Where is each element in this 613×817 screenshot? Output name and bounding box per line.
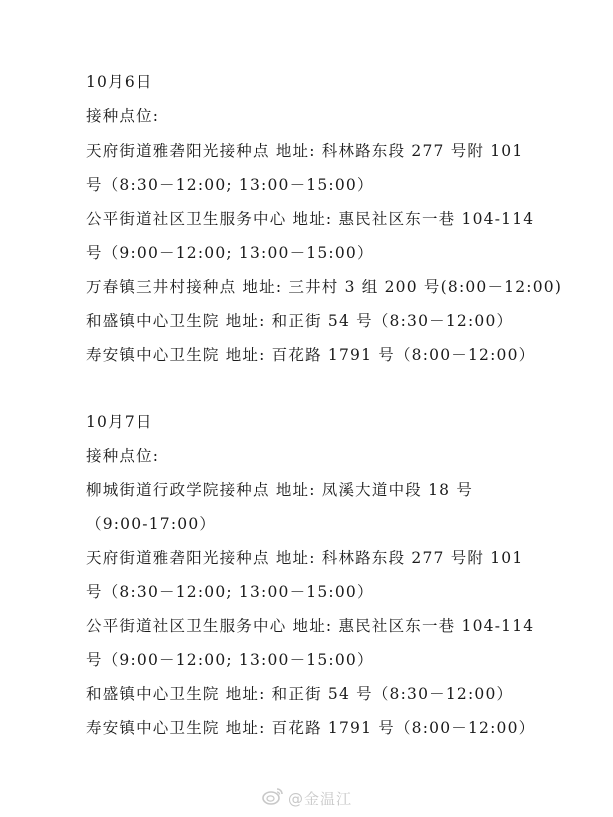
venue-line: 寿安镇中心卫生院 地址: 百花路 1791 号（8:00－12:00） — [86, 345, 535, 365]
section-heading: 接种点位: — [86, 446, 159, 466]
watermark-text: @金温江 — [288, 788, 352, 809]
venue-line: 和盛镇中心卫生院 地址: 和正街 54 号（8:30－12:00） — [86, 311, 513, 331]
venue-line: 和盛镇中心卫生院 地址: 和正街 54 号（8:30－12:00） — [86, 684, 513, 704]
weibo-icon — [262, 786, 284, 810]
section-heading: 接种点位: — [86, 106, 159, 126]
venue-line: 万春镇三井村接种点 地址: 三井村 3 组 200 号(8:00－12:00) — [86, 277, 562, 297]
venue-line: 寿安镇中心卫生院 地址: 百花路 1791 号（8:00－12:00） — [86, 718, 535, 738]
venue-line: （9:00-17:00） — [86, 514, 216, 534]
venue-line: 号（8:30－12:00; 13:00－15:00） — [86, 582, 374, 602]
venue-line: 号（9:00－12:00; 13:00－15:00） — [86, 650, 374, 670]
venue-line: 号（8:30－12:00; 13:00－15:00） — [86, 175, 374, 195]
venue-line: 公平街道社区卫生服务中心 地址: 惠民社区东一巷 104-114 — [86, 209, 534, 229]
venue-line: 号（9:00－12:00; 13:00－15:00） — [86, 243, 374, 263]
watermark: @金温江 — [262, 786, 352, 810]
venue-line: 公平街道社区卫生服务中心 地址: 惠民社区东一巷 104-114 — [86, 616, 534, 636]
venue-line: 柳城街道行政学院接种点 地址: 凤溪大道中段 18 号 — [86, 480, 473, 500]
venue-line: 天府街道雅砻阳光接种点 地址: 科林路东段 277 号附 101 — [86, 141, 523, 161]
section-date: 10月7日 — [86, 412, 153, 432]
venue-line: 天府街道雅砻阳光接种点 地址: 科林路东段 277 号附 101 — [86, 548, 523, 568]
section-date: 10月6日 — [86, 72, 153, 92]
